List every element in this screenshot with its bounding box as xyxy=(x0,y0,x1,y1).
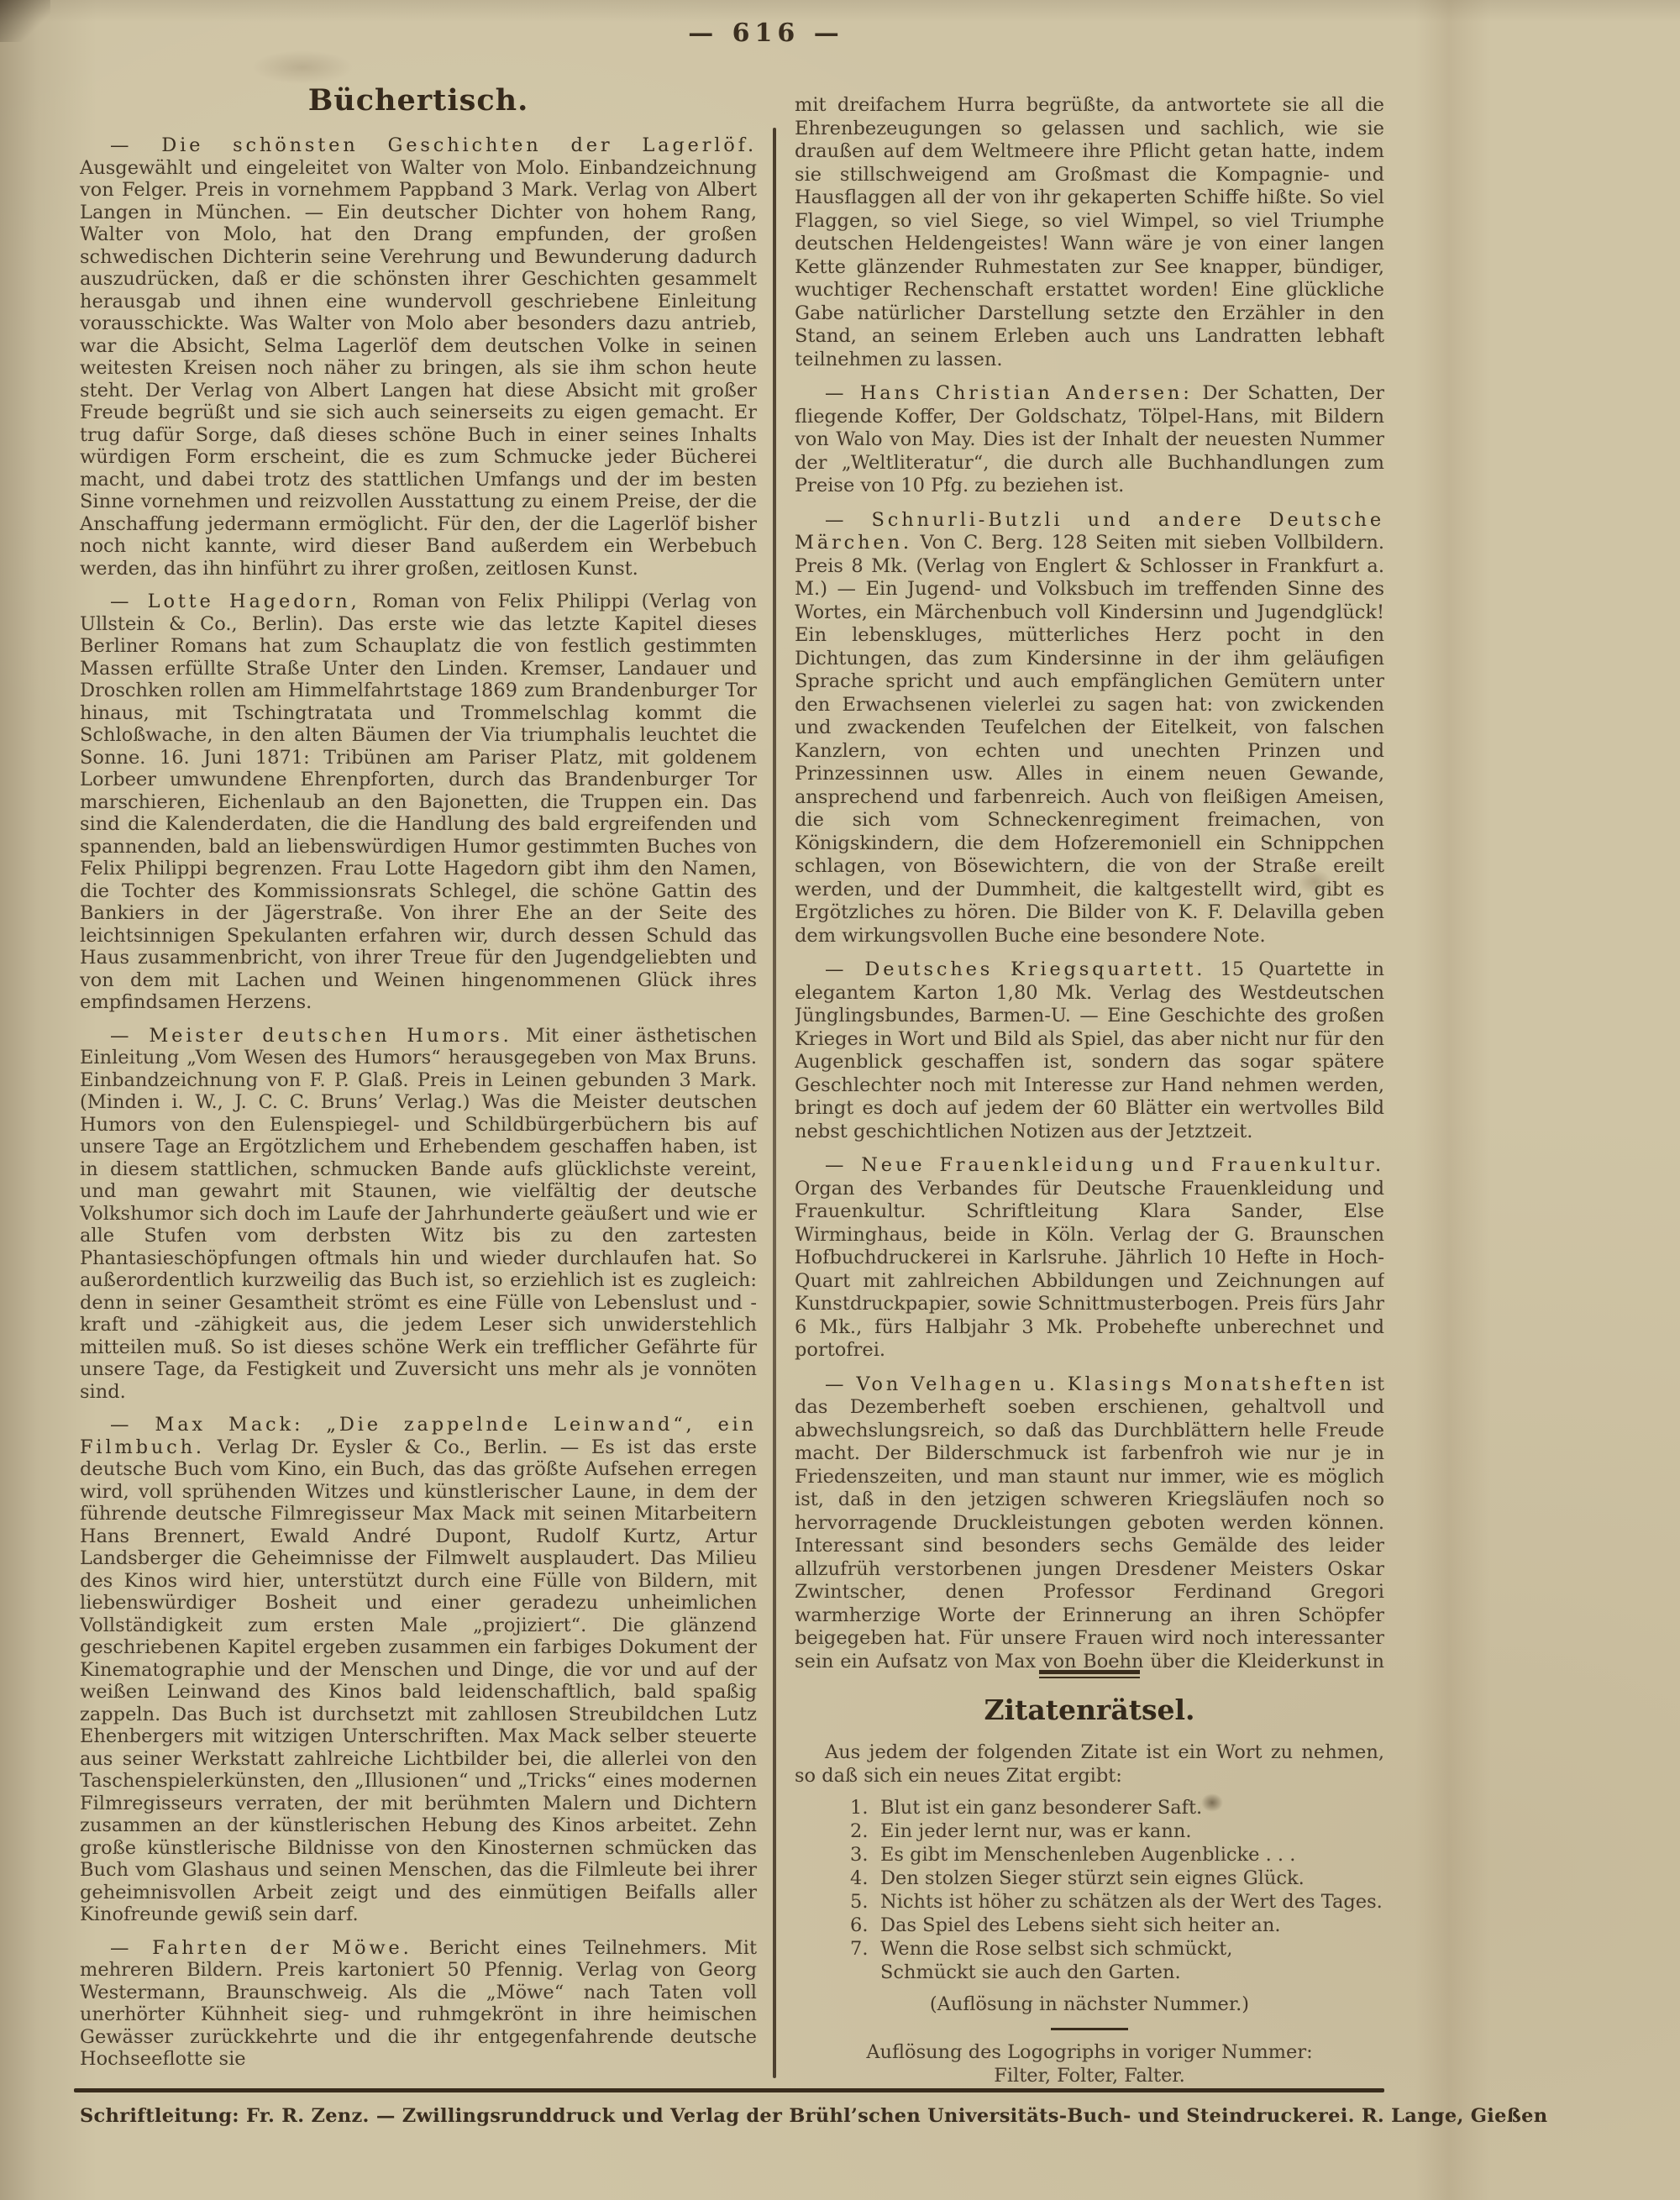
riddle-item-text: Blut ist ein ganz besonderer Saft. xyxy=(880,1797,1202,1819)
column-divider-line xyxy=(773,128,776,2078)
riddle-item-text: Das Spiel des Lebens sieht sich heiter a… xyxy=(880,1914,1280,1936)
logogriph-solution-heading: Auflösung des Logogriphs in voriger Numm… xyxy=(795,2040,1384,2064)
riddle-item-text: Es gibt im Menschenleben Augenblicke . .… xyxy=(880,1844,1295,1866)
footer-imprint: Schriftleitung: Fr. R. Zenz. — Zwillings… xyxy=(80,2105,1390,2127)
book-review-andersen: — Hans Christian Andersen:Der Schatten, … xyxy=(795,382,1384,498)
book-review-frauenkleidung: — Neue Frauenkleidung und Frauenkultur.O… xyxy=(795,1154,1384,1363)
review-title-lead: — Fahrten der Möwe. xyxy=(110,1937,429,1959)
book-review-humor: — Meister deutschen Humors.Mit einer äst… xyxy=(80,1025,757,1404)
footer-rule xyxy=(74,2088,1384,2092)
review-text: Ausgewählt und eingeleitet von Walter vo… xyxy=(80,157,757,580)
review-title-lead: — Von Velhagen u. Klasings Monatsheften xyxy=(825,1373,1361,1395)
book-review-schnurli-butzli: — Schnurli-Butzli und andere Deutsche Mä… xyxy=(795,509,1384,948)
review-title-lead: — Deutsches Kriegsquartett. xyxy=(825,958,1220,980)
riddle-section: Zitatenrätsel. Aus jedem der folgenden Z… xyxy=(795,1670,1384,2087)
book-review-lagerloef: — Die schönsten Geschichten der Lagerlöf… xyxy=(80,134,757,580)
riddle-quote-7-continuation: Schmückt sie auch den Garten. xyxy=(795,1961,1384,1984)
review-text: mit dreifachem Hurra begrüßte, da antwor… xyxy=(795,94,1384,370)
small-divider-rule xyxy=(1051,2028,1128,2030)
left-column: Büchertisch. — Die schönsten Geschichten… xyxy=(80,84,757,2082)
riddle-item-number: 1. xyxy=(850,1796,880,1819)
riddle-quote-5: 5.Nichts ist höher zu schätzen als der W… xyxy=(795,1890,1384,1914)
riddle-quote-1: 1.Blut ist ein ganz besonderer Saft. xyxy=(795,1796,1384,1819)
review-text: 15 Quartette in elegantem Karton 1,80 Mk… xyxy=(795,958,1384,1142)
review-text: Organ des Verbandes für Deutsche Frauenk… xyxy=(795,1178,1384,1362)
riddle-item-number: 6. xyxy=(850,1914,880,1937)
section-heading-buechertisch: Büchertisch. xyxy=(80,84,757,118)
riddle-item-number: 4. xyxy=(850,1867,880,1890)
riddle-intro: Aus jedem der folgenden Zitate ist ein W… xyxy=(795,1741,1384,1788)
riddle-item-text: Nichts ist höher zu schätzen als der Wer… xyxy=(880,1891,1383,1913)
book-review-max-mack: — Max Mack: „Die zappelnde Leinwand“, ei… xyxy=(80,1414,757,1926)
book-review-moewe-continuation: mit dreifachem Hurra begrüßte, da antwor… xyxy=(795,94,1384,371)
riddle-item-text: Ein jeder lernt nur, was er kann. xyxy=(880,1820,1191,1842)
riddle-item-text: Schmückt sie auch den Garten. xyxy=(880,1961,1181,1983)
review-text: Mit einer ästhetischen Einleitung „Vom W… xyxy=(80,1025,757,1403)
review-title-lead: — Lotte Hagedorn, xyxy=(110,591,372,612)
riddle-item-number: 2. xyxy=(850,1819,880,1843)
riddle-item-number: 5. xyxy=(850,1890,880,1914)
review-text: Von C. Berg. 128 Seiten mit sieben Vollb… xyxy=(795,532,1384,947)
riddle-item-number: 7. xyxy=(850,1937,880,1961)
review-text: Verlag Dr. Eysler & Co., Berlin. — Es is… xyxy=(80,1436,757,1926)
riddle-item-number: 3. xyxy=(850,1843,880,1867)
review-title-lead: — Meister deutschen Humors. xyxy=(110,1025,526,1047)
section-divider-rule xyxy=(1039,1670,1140,1678)
scanned-page-background: — 616 — Büchertisch. — Die schönsten Ges… xyxy=(0,0,1680,2200)
riddle-item-text: Wenn die Rose selbst sich schmückt, xyxy=(880,1938,1232,1960)
logogriph-solution: Filter, Folter, Falter. xyxy=(795,2064,1384,2087)
book-review-hagedorn: — Lotte Hagedorn,Roman von Felix Philipp… xyxy=(80,591,757,1014)
riddle-quote-3: 3.Es gibt im Menschenleben Augenblicke .… xyxy=(795,1843,1384,1867)
riddle-closing-note: (Auflösung in nächster Nummer.) xyxy=(795,1993,1384,2016)
riddle-item-text: Den stolzen Sieger stürzt sein eignes Gl… xyxy=(880,1867,1305,1889)
book-review-moewe: — Fahrten der Möwe.Bericht eines Teilneh… xyxy=(80,1937,757,2071)
riddle-quote-2: 2.Ein jeder lernt nur, was er kann. xyxy=(795,1819,1384,1843)
book-review-kriegsquartett: — Deutsches Kriegsquartett.15 Quartette … xyxy=(795,958,1384,1143)
riddle-quote-7: 7.Wenn die Rose selbst sich schmückt, xyxy=(795,1937,1384,1961)
review-text: ist das Dezemberheft soeben erschienen, … xyxy=(795,1373,1384,1672)
review-title-lead: — Neue Frauenkleidung und Frauenkultur. xyxy=(825,1154,1384,1176)
paper-stain xyxy=(252,50,353,84)
book-review-velhagen-klasing: — Von Velhagen u. Klasings Monatshefteni… xyxy=(795,1373,1384,1672)
page-corner-shadow xyxy=(0,0,50,42)
review-title-lead: — Die schönsten Geschichten der Lagerlöf… xyxy=(110,134,757,156)
review-text: Roman von Felix Philippi (Verlag von Ull… xyxy=(80,591,757,1013)
review-title-lead: — Hans Christian Andersen: xyxy=(825,382,1202,404)
riddle-heading: Zitatenrätsel. xyxy=(795,1699,1384,1722)
page-number: — 616 — xyxy=(688,18,844,48)
right-column: mit dreifachem Hurra begrüßte, da antwor… xyxy=(795,94,1384,1672)
riddle-quote-6: 6.Das Spiel des Lebens sieht sich heiter… xyxy=(795,1914,1384,1937)
riddle-quote-4: 4.Den stolzen Sieger stürzt sein eignes … xyxy=(795,1867,1384,1890)
